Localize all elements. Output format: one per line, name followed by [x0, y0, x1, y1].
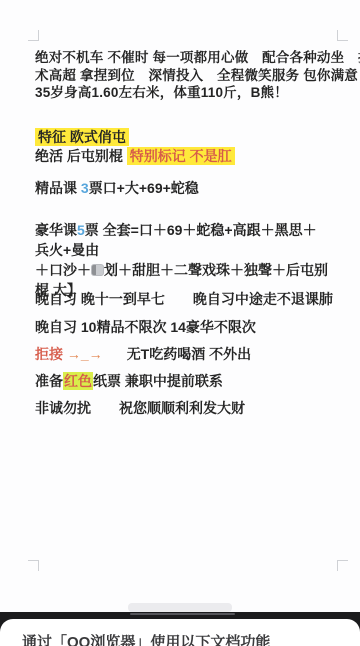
prepare-rest: 纸票 兼职中提前联系	[93, 373, 223, 389]
blurry-emoji-icon	[91, 264, 104, 276]
special-mark-highlight: 特别标记 不是肛	[127, 147, 235, 165]
prepare-line: 准备红色纸票 兼职中提前联系	[35, 371, 329, 391]
red-ticket-highlight: 红色	[63, 372, 93, 390]
bottom-sheet-message: 通过「QQ浏览器」使用以下文档功能	[22, 631, 270, 646]
intro-line-3: 35岁身高1.60左右米，体重110斤，B熊！	[35, 84, 329, 102]
qq-browser-bottom-sheet[interactable]: 通过「QQ浏览器」使用以下文档功能	[0, 619, 360, 646]
refuse-line: 拒接 →_→无T吃药喝酒 不外出	[35, 344, 329, 364]
intro-line-2: 术高超 拿捏到位 深情投入 全程微笑服务 包你满意	[35, 67, 329, 85]
traits-headline-highlight: 特征 欧式俏屯	[35, 128, 129, 146]
jingpin-rest: 票口+大+69+蛇稳	[89, 180, 199, 196]
page-corner-mark-bottom-left	[28, 560, 39, 571]
night-rule-2: 晚自习 10精品不限次 14豪华不限次	[35, 317, 329, 337]
jingpin-course-line: 精品课 3票口+大+69+蛇稳	[35, 178, 329, 198]
traits-line2-plain: 绝活 后屯别棍	[35, 148, 127, 164]
page-edge-pill	[128, 603, 232, 612]
haohua-count: 5	[77, 222, 85, 238]
haohua-line2-a: ＋口沙＋	[35, 262, 91, 278]
arrow-emoticon: →_→	[67, 346, 103, 362]
closing-line: 非诚勿扰 祝您顺顺利利发大财	[35, 398, 329, 418]
traits-line2: 绝活 后屯别棍 特别标记 不是肛	[35, 146, 329, 166]
page-corner-mark-top-right	[337, 30, 348, 41]
page-corner-mark-top-left	[28, 30, 39, 41]
intro-line-1: 绝对不机车 不催时 每一项都用心做 配合各种动坐 技	[35, 49, 329, 67]
page-corner-mark-bottom-right	[337, 560, 348, 571]
document-viewer-screen: 绝对不机车 不催时 每一项都用心做 配合各种动坐 技 术高超 拿捏到位 深情投入…	[0, 0, 360, 646]
intro-paragraph: 绝对不机车 不催时 每一项都用心做 配合各种动坐 技 术高超 拿捏到位 深情投入…	[35, 49, 329, 102]
refuse-label: 拒接	[35, 346, 63, 362]
night-rule-1: 晚自习 晚十一到早七 晚自习中途走不退课肺	[35, 289, 329, 309]
jingpin-count: 3	[81, 180, 89, 196]
haohua-course-block: 豪华课5票 全套=口＋69＋蛇稳+高跟＋黑思＋兵火+曼由 ＋口沙＋划＋甜胆＋二聲…	[35, 220, 329, 300]
haohua-prefix: 豪华课	[35, 222, 77, 238]
prepare-prefix: 准备	[35, 373, 63, 389]
jingpin-prefix: 精品课	[35, 180, 81, 196]
refuse-rest: 无T吃药喝酒 不外出	[127, 346, 251, 362]
traits-headline: 特征 欧式俏屯	[35, 127, 329, 147]
dim-overlay-sliver	[130, 613, 235, 615]
